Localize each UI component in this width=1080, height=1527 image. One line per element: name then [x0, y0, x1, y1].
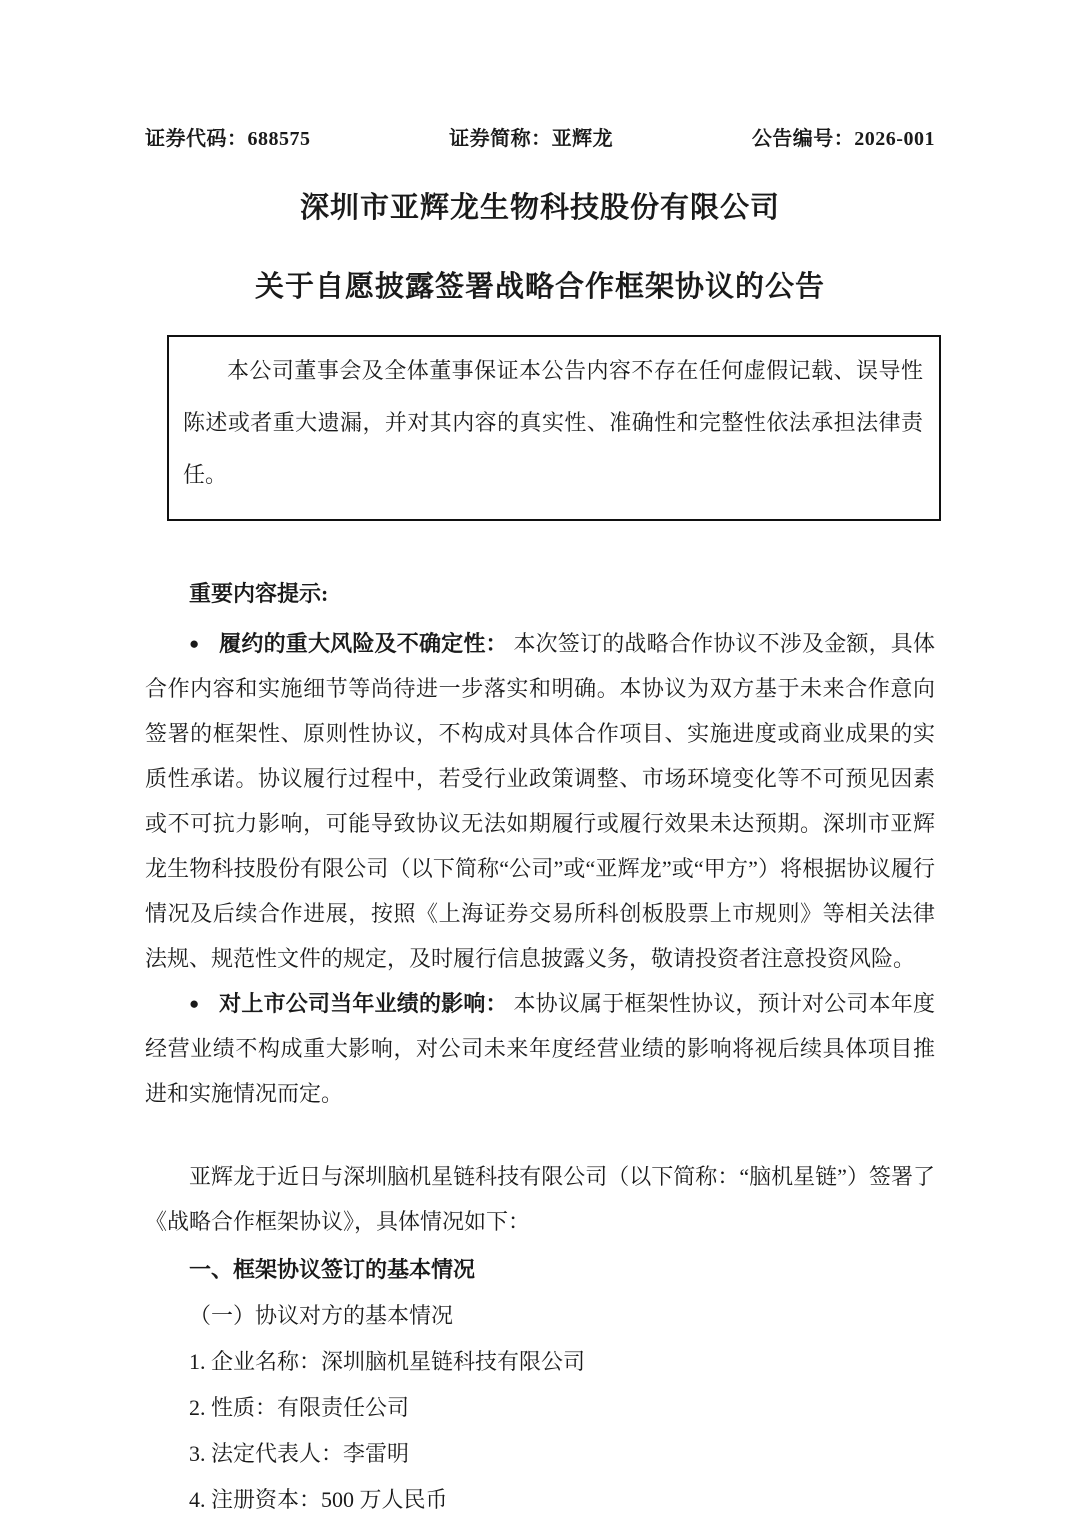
disclaimer-text: 本公司董事会及全体董事保证本公告内容不存在任何虚假记载、误导性陈述或者重大遗漏，… — [183, 358, 923, 487]
bullet-icon: ● — [189, 634, 199, 653]
counterparty-nature-item: 2. 性质：有限责任公司 — [145, 1385, 935, 1431]
section-1-heading: 一、框架协议签订的基本情况 — [145, 1247, 935, 1293]
intro-paragraph: 亚辉龙于近日与深圳脑机星链科技有限公司（以下简称：“脑机星链”）签署了《战略合作… — [145, 1154, 935, 1244]
risk-notice-paragraph: ● 履约的重大风险及不确定性： 本次签订的战略合作协议不涉及金额，具体合作内容和… — [145, 621, 935, 981]
stock-code: 证券代码：688575 — [145, 122, 311, 151]
important-notice-heading: 重要内容提示: — [145, 579, 935, 609]
performance-impact-lead: 对上市公司当年业绩的影响： — [219, 991, 508, 1016]
stock-abbreviation: 证券简称：亚辉龙 — [449, 122, 613, 151]
announcement-page: 证券代码：688575 证券简称：亚辉龙 公告编号：2026-001 深圳市亚辉… — [0, 0, 1080, 1527]
subsection-1-heading: （一）协议对方的基本情况 — [145, 1293, 935, 1339]
risk-notice-lead: 履约的重大风险及不确定性： — [219, 631, 508, 656]
counterparty-legal-rep-item: 3. 法定代表人：李雷明 — [145, 1431, 935, 1477]
document-header-row: 证券代码：688575 证券简称：亚辉龙 公告编号：2026-001 — [145, 122, 935, 151]
performance-impact-paragraph: ● 对上市公司当年业绩的影响： 本协议属于框架性协议，预计对公司本年度经营业绩不… — [145, 981, 935, 1116]
bullet-icon: ● — [189, 994, 199, 1013]
announcement-number: 公告编号：2026-001 — [752, 122, 935, 151]
company-title: 深圳市亚辉龙生物科技股份有限公司 — [145, 185, 935, 226]
announcement-title: 关于自愿披露签署战略合作框架协议的公告 — [145, 264, 935, 305]
risk-notice-text: 本次签订的战略合作协议不涉及金额，具体合作内容和实施细节等尚待进一步落实和明确。… — [145, 631, 935, 971]
counterparty-name-item: 1. 企业名称：深圳脑机星链科技有限公司 — [145, 1339, 935, 1385]
counterparty-registered-capital-item: 4. 注册资本：500 万人民币 — [145, 1477, 935, 1523]
board-disclaimer-box: 本公司董事会及全体董事保证本公告内容不存在任何虚假记载、误导性陈述或者重大遗漏，… — [167, 335, 941, 521]
